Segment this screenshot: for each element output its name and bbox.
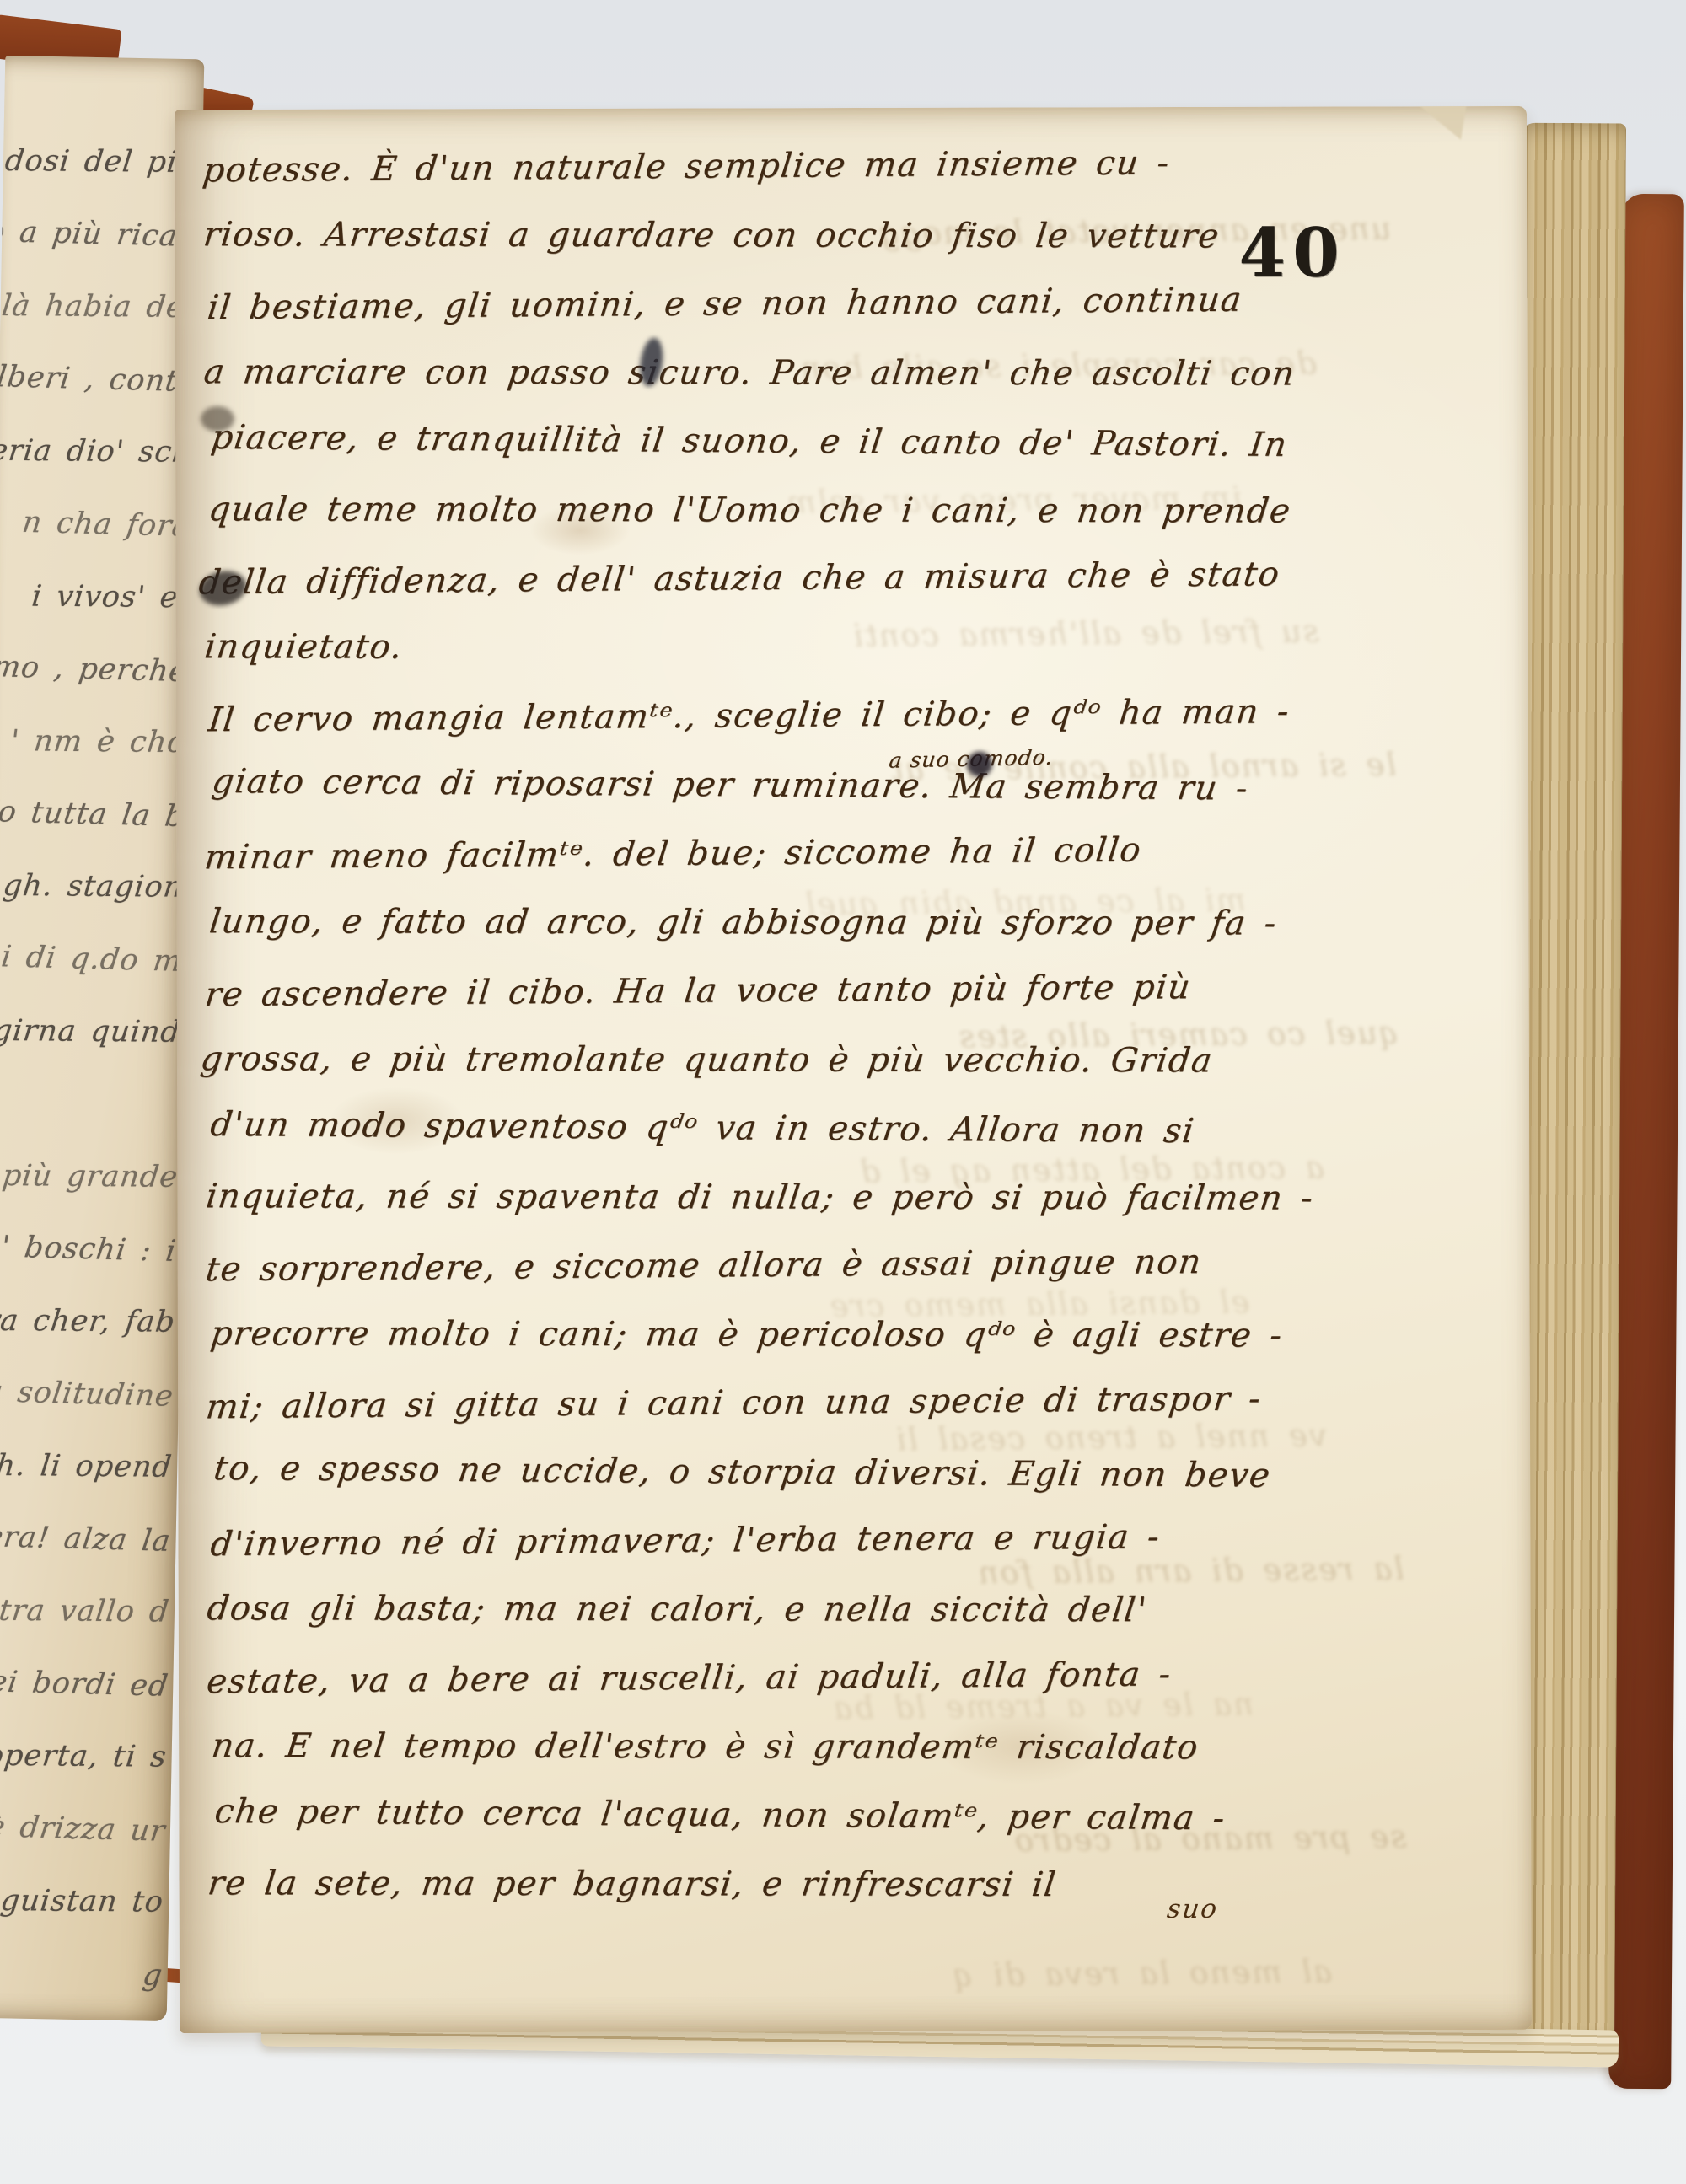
left-page-text-fragment: la solitudine — [0, 1375, 175, 1412]
manuscript-line: inquietato. — [201, 612, 1270, 683]
ink-blot — [967, 752, 992, 777]
manuscript-line: re ascendere il cibo. Ha la voce tanto p… — [201, 952, 1272, 1028]
manuscript-line: re la sete, ma per bagnarsi, e rinfresca… — [204, 1849, 1274, 1919]
left-page-text-fragment: da' boschi : i — [0, 1229, 179, 1267]
left-page-text-fragment: i , gh. stagion — [0, 868, 185, 902]
left-page-text-fragment: ' nm è cho — [9, 724, 188, 758]
manuscript-line: te sorprendere, e siccome allora è assai… — [202, 1226, 1273, 1303]
left-page-text-fragment: n cha fora — [20, 506, 192, 542]
left-page-text-fragment: inguistan to — [0, 1884, 166, 1918]
manuscript-line: mi; allora si gitta su i cani con una sp… — [202, 1364, 1273, 1441]
manuscript-line: dosa gli basta; ma nei calori, e nella s… — [203, 1574, 1273, 1645]
manuscript-text-block: potesse. È d'un naturale semplice ma ins… — [203, 131, 1270, 1919]
manuscript-line: d'inverno né di primavera; l'erba tenera… — [207, 1501, 1273, 1578]
left-page-text-column: ndosi del piùo a più ricavalà habia del'… — [0, 142, 197, 1991]
left-page-text-fragment: alà habia del — [0, 289, 196, 323]
left-page: ndosi del piùo a più ricavalà habia del'… — [0, 56, 204, 2021]
manuscript-line: grossa, e più tremolante quanto è più ve… — [196, 1024, 1271, 1095]
page-corner-fold — [1396, 106, 1467, 140]
right-page: une en anner votat le moggde car consple… — [175, 106, 1532, 2033]
left-page-text-fragment: 'alberi , contr — [0, 359, 195, 397]
manuscript-line: lungo, e fatto ad arco, gli abbisogna pi… — [206, 887, 1271, 958]
manuscript-line: il bestiame, gli uomini, e se non hanno … — [204, 265, 1270, 341]
left-page-text-fragment: è drizza ur — [0, 1810, 167, 1846]
left-page-text-fragment: i vivos' el — [30, 580, 191, 614]
manuscript-line: piacere, e tranquillità il suono, e il c… — [207, 403, 1270, 479]
manuscript-line: to, e spesso ne uccide, o storpia divers… — [210, 1433, 1273, 1509]
left-page-text-fragment: aberia dio' sch — [0, 433, 194, 467]
manuscript-book-photo: ndosi del piùo a più ricavalà habia del'… — [0, 0, 1686, 2184]
manuscript-line: che per tutto cerca l'acqua, non solamᵗᵉ… — [211, 1777, 1274, 1853]
manuscript-line: della diffidenza, e dell' astuzia che a … — [195, 539, 1270, 616]
left-page-text-fragment: dra cher, fab — [0, 1304, 177, 1338]
manuscript-line: a marciare con passo sicuro. Pare almen'… — [200, 337, 1270, 408]
manuscript-line: Il cervo mangia lentamᵗᵉ., sceglie il ci… — [205, 677, 1271, 754]
ink-smudge — [201, 406, 234, 432]
manuscript-line: rioso. Arrestasi a guardare con occhio f… — [200, 200, 1270, 271]
left-page-text-fragment: sentra vallo d — [0, 1593, 171, 1627]
manuscript-line: potesse. È d'un naturale semplice ma ins… — [199, 127, 1270, 204]
bleedthrough-text: al meno la reva di q — [287, 1953, 1332, 1999]
left-page-text-fragment: ith. li opend — [0, 1449, 175, 1483]
manuscript-line: giato cerca di riposarsi per ruminare. M… — [208, 746, 1271, 822]
left-page-text-fragment: agirna quind — [0, 1014, 182, 1048]
catchword: suo — [1165, 1894, 1220, 1924]
manuscript-line: estate, va a bere ai ruscelli, ai paduli… — [203, 1639, 1274, 1715]
manuscript-line: na. E nel tempo dell'estro è sì grandemᵗ… — [207, 1711, 1273, 1782]
left-page-text-fragment: tera! alza la — [0, 1520, 173, 1557]
manuscript-line: precorre molto i cani; ma è pericoloso q… — [207, 1299, 1272, 1370]
left-page-text-fragment: l più grande — [0, 1159, 180, 1193]
left-page-text-fragment: dei bordi ed — [0, 1665, 170, 1702]
left-page-text-fragment: i di q.do m — [0, 940, 184, 977]
manuscript-line: inquieta, né si spaventa di nulla; e per… — [202, 1162, 1272, 1232]
manuscript-line: d'un modo spaventoso qᵈᵒ va in estro. Al… — [207, 1090, 1272, 1166]
left-page-text-fragment: ndosi del più — [0, 144, 199, 178]
manuscript-line: minar meno facilmᵗᵉ. del bue; siccome ha… — [201, 814, 1271, 891]
left-page-text-fragment: Mo tutta la b — [0, 794, 186, 832]
left-page-text-fragment: scoperta, ti s — [0, 1738, 169, 1772]
left-page-text-fragment: o a più ricav — [0, 215, 198, 252]
manuscript-line: quale teme molto meno l'Uomo che i cani,… — [205, 475, 1270, 545]
left-page-text-fragment: g — [141, 1958, 164, 1991]
left-page-text-fragment: uomo , perchè — [0, 649, 190, 687]
